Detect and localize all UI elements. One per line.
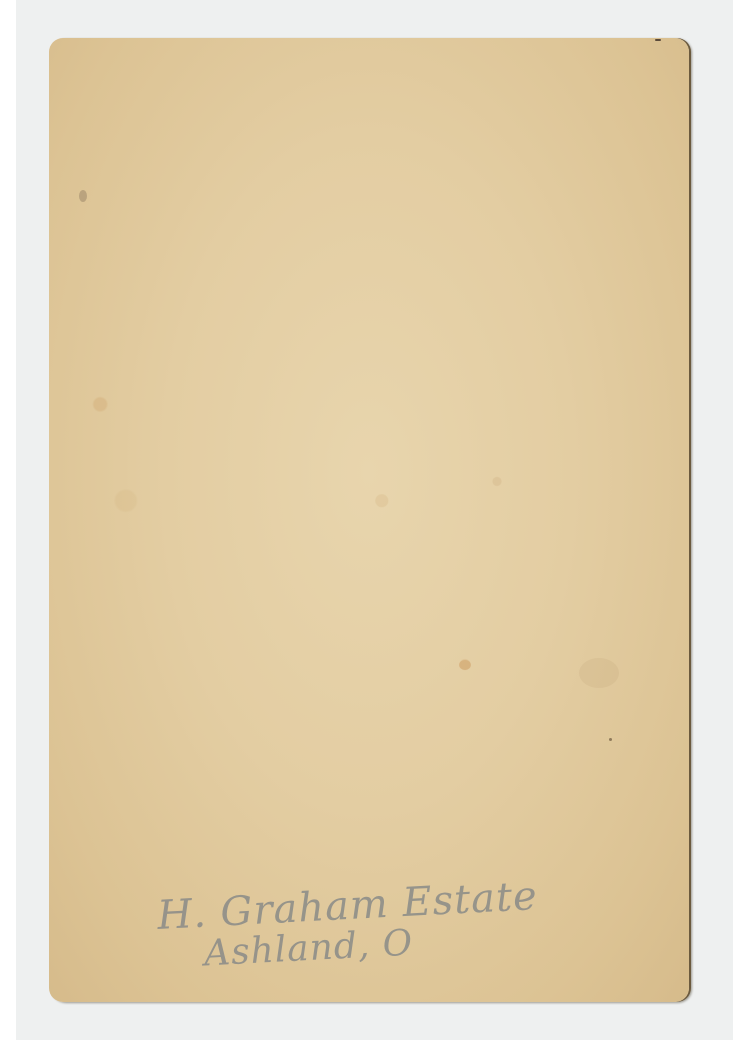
stain-spot: [579, 658, 619, 688]
stain-spot: [79, 190, 87, 202]
cabinet-card-back: H. Graham Estate Ashland, O: [49, 38, 689, 1002]
inscription-line-1: H. Graham Estate: [156, 873, 539, 939]
stain-spot: [459, 660, 471, 670]
inscription-line-2: Ashland, O: [203, 923, 414, 975]
edge-mark: [655, 39, 661, 41]
stain-spot: [609, 738, 612, 741]
